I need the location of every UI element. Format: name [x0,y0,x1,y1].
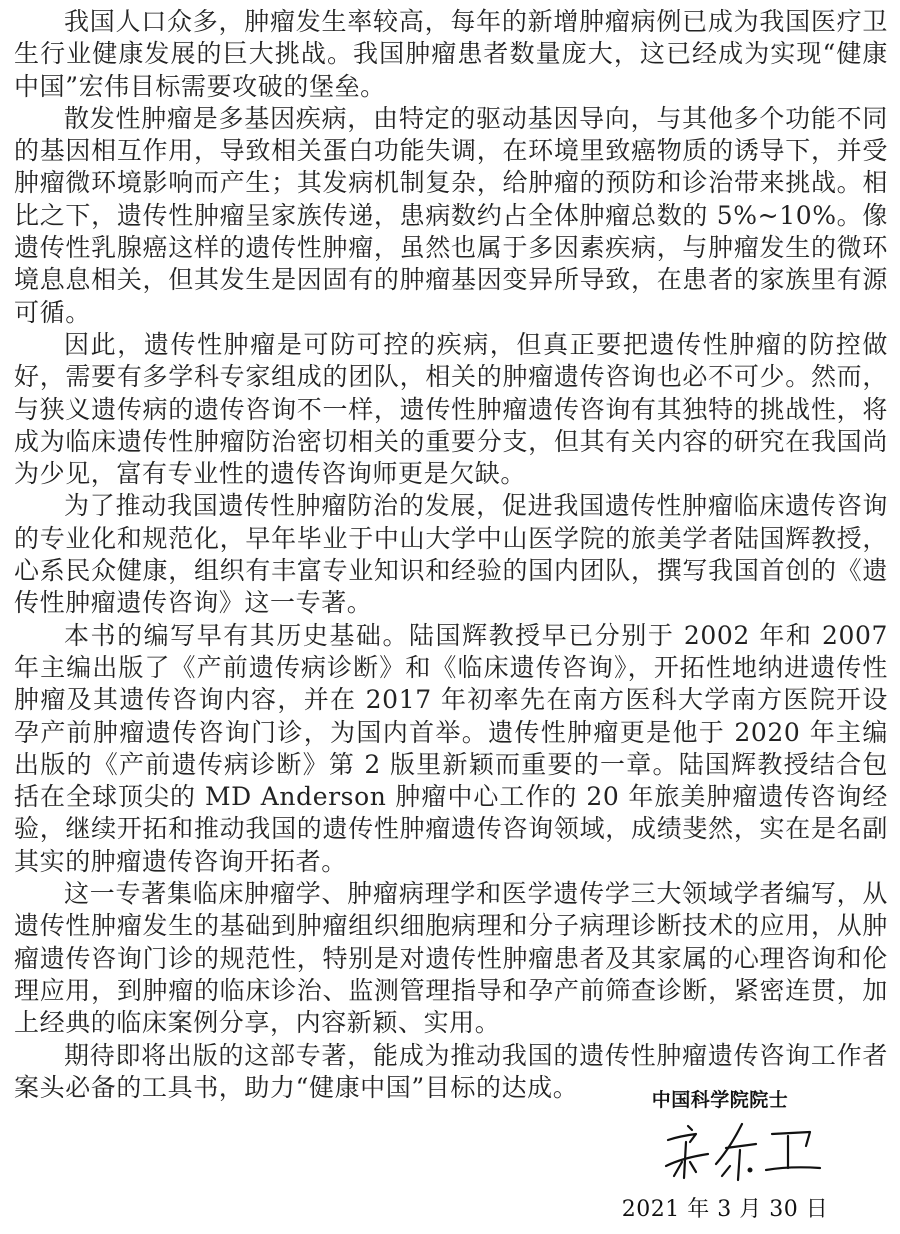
signature-icon [660,1118,830,1188]
signature-date: 2021 年 3 月 30 日 [605,1192,845,1223]
paragraph-4: 为了推动我国遗传性肿瘤防治的发展，促进我国遗传性肿瘤临床遗传咨询的专业化和规范化… [14,490,888,619]
paragraph-2: 散发性肿瘤是多基因疾病，由特定的驱动基因导向，与其他多个功能不同的基因相互作用，… [14,103,888,329]
paragraph-6: 这一专著集临床肿瘤学、肿瘤病理学和医学遗传学三大领域学者编写，从遗传性肿瘤发生的… [14,878,888,1039]
signatory-title: 中国科学院院士 [610,1085,830,1112]
handwritten-signature [660,1118,830,1188]
paragraph-3: 因此，遗传性肿瘤是可防可控的疾病，但真正要把遗传性肿瘤的防控做好，需要有多学科专… [14,329,888,490]
foreword-body: 我国人口众多，肿瘤发生率较高，每年的新增肿瘤病例已成为我国医疗卫生行业健康发展的… [14,6,888,1104]
paragraph-1: 我国人口众多，肿瘤发生率较高，每年的新增肿瘤病例已成为我国医疗卫生行业健康发展的… [14,6,888,103]
paragraph-5: 本书的编写早有其历史基础。陆国辉教授早已分别于 2002 年和 2007 年主编… [14,620,888,878]
